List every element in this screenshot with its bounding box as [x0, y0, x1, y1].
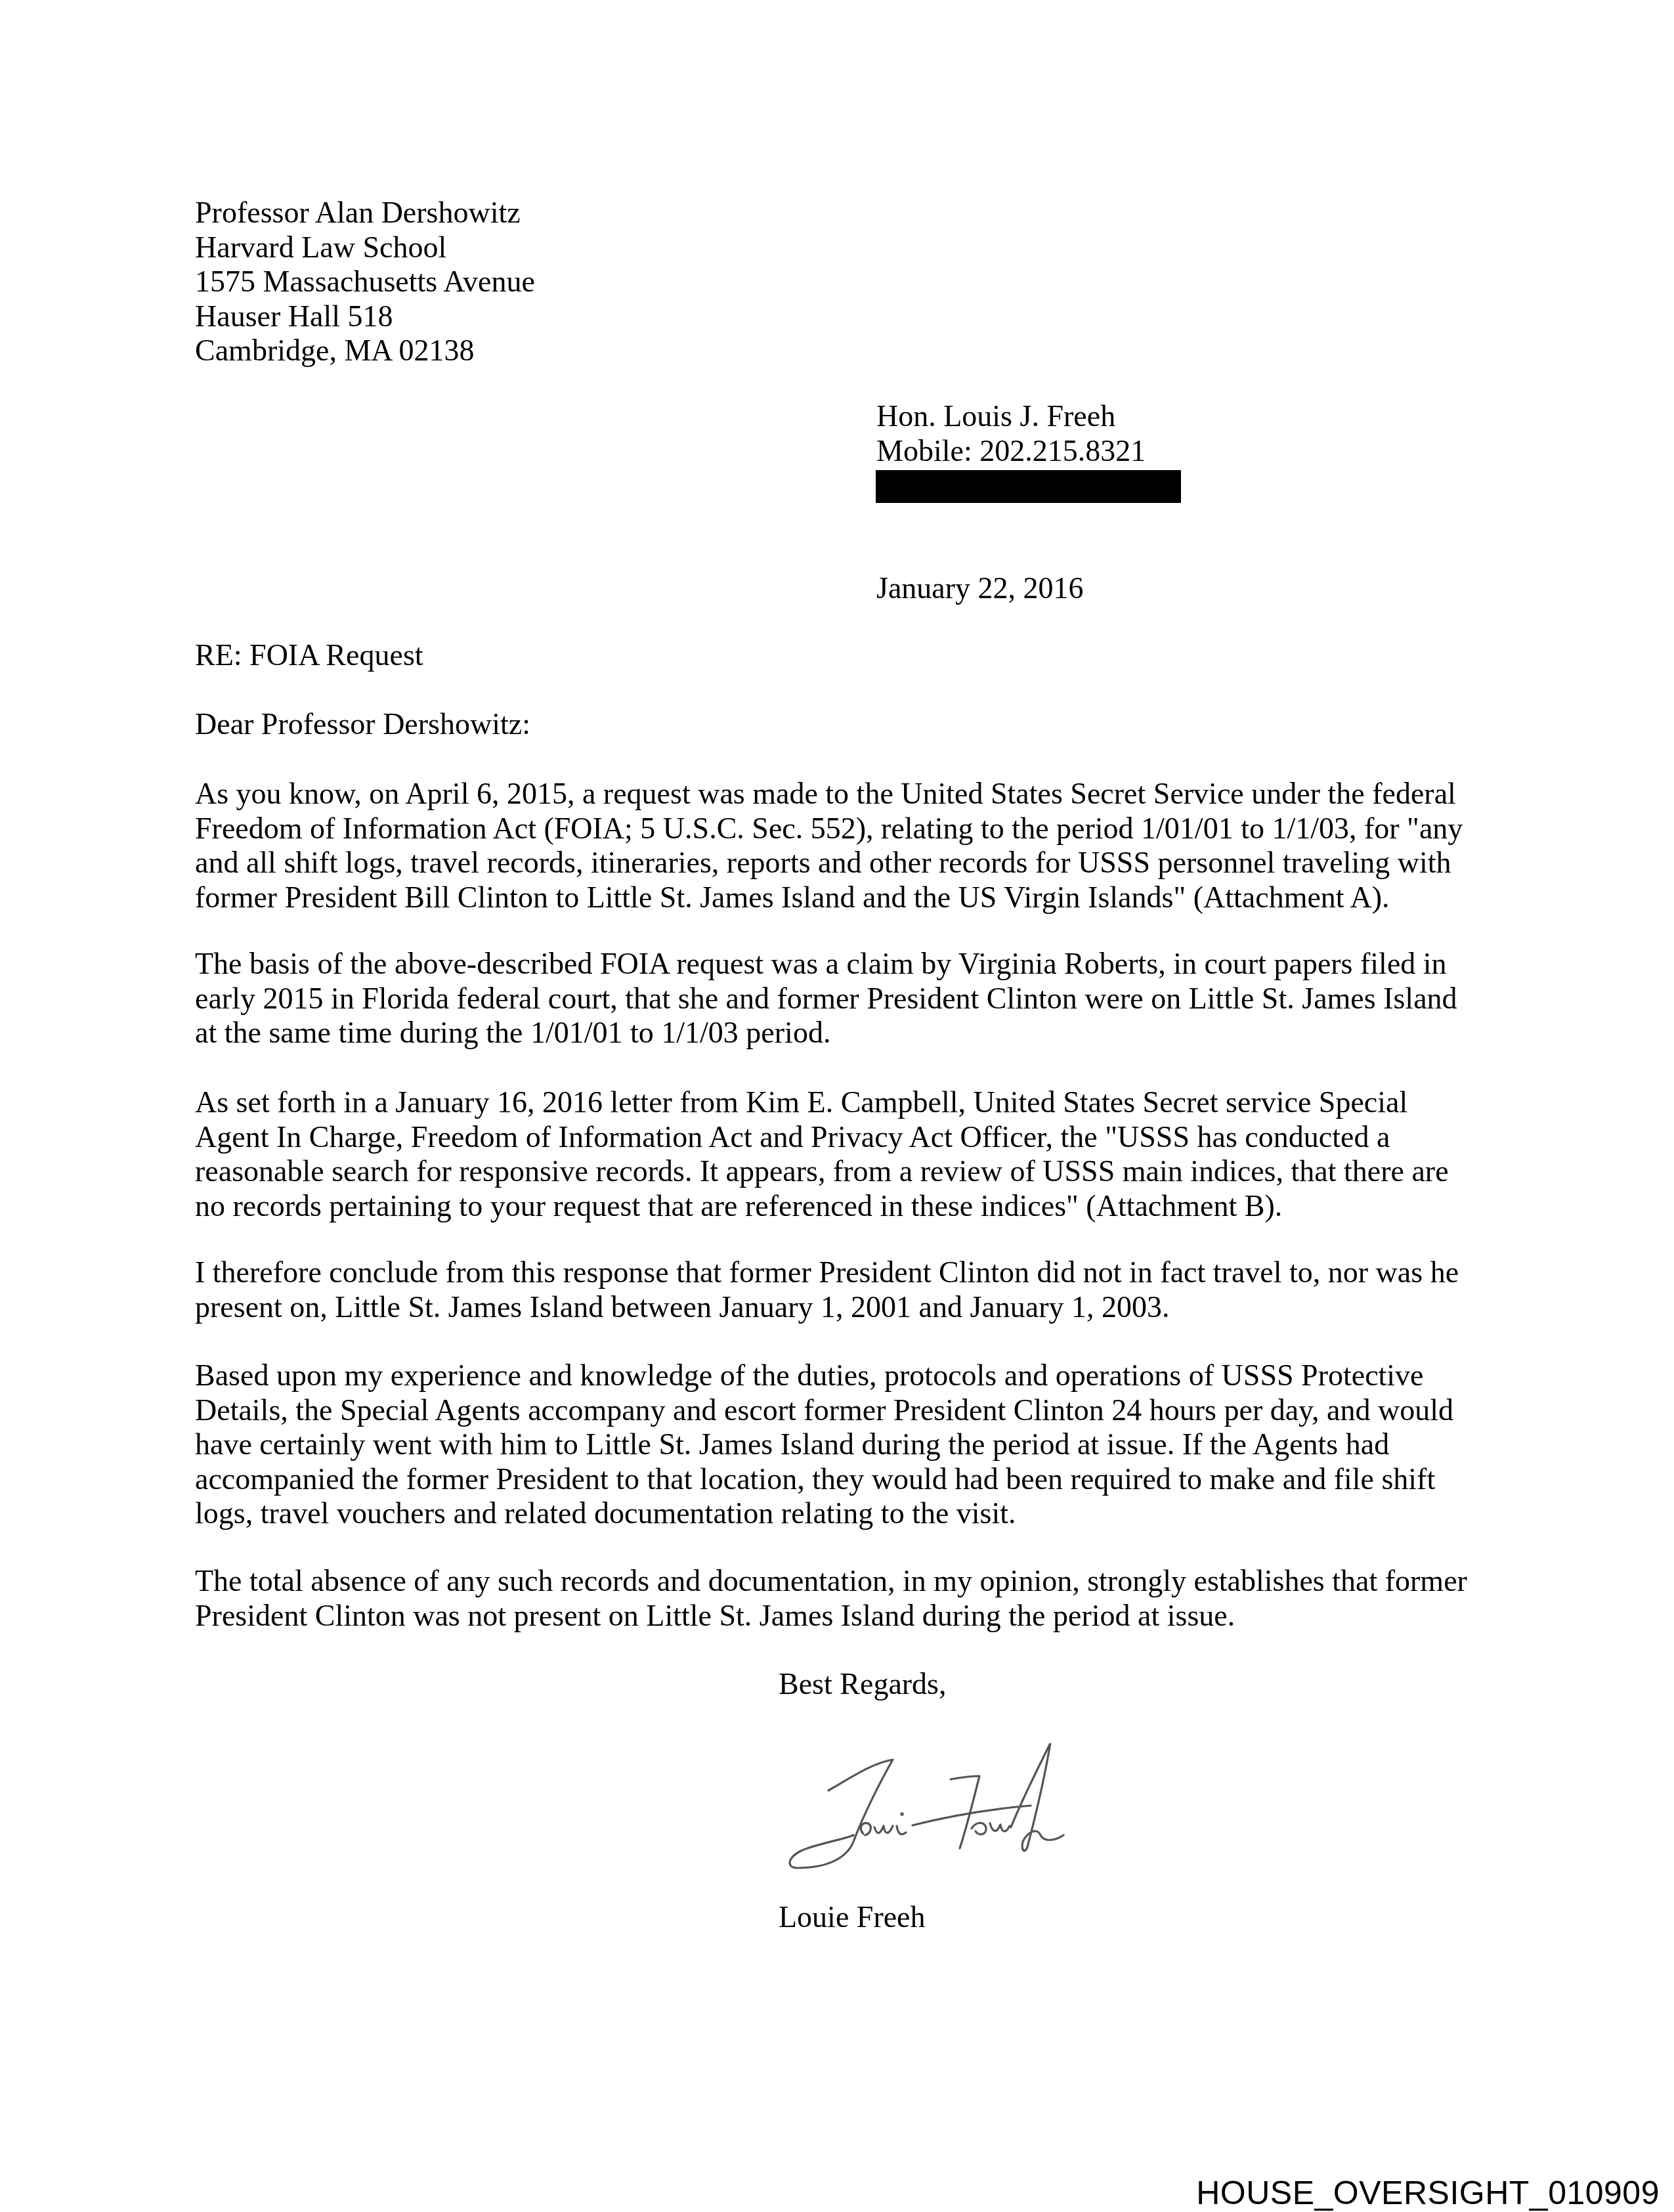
- letter-page: Professor Alan Dershowitz Harvard Law Sc…: [0, 0, 1674, 2212]
- redaction-bar: [876, 470, 1181, 503]
- paragraph-line: President Clinton was not present on Lit…: [195, 1599, 1482, 1634]
- paragraph-line: have certainly went with him to Little S…: [195, 1427, 1482, 1462]
- paragraph-line: Agent In Charge, Freedom of Information …: [195, 1120, 1482, 1155]
- salutation: Dear Professor Dershowitz:: [195, 707, 530, 742]
- recipient-street: 1575 Massachusetts Avenue: [195, 265, 535, 299]
- closing: Best Regards,: [779, 1667, 947, 1702]
- paragraph-line: reasonable search for responsive records…: [195, 1154, 1482, 1189]
- paragraph-line: present on, Little St. James Island betw…: [195, 1290, 1482, 1325]
- paragraph-basis: The basis of the above-described FOIA re…: [195, 947, 1482, 1051]
- paragraph-experience: Based upon my experience and knowledge o…: [195, 1358, 1482, 1531]
- sender-block: Hon. Louis J. Freeh Mobile: 202.215.8321: [876, 399, 1146, 468]
- recipient-organization: Harvard Law School: [195, 230, 535, 265]
- recipient-room: Hauser Hall 518: [195, 299, 535, 334]
- recipient-city: Cambridge, MA 02138: [195, 334, 535, 368]
- sender-name: Hon. Louis J. Freeh: [876, 399, 1146, 434]
- signer-name: Louie Freeh: [779, 1900, 926, 1935]
- paragraph-line: Details, the Special Agents accompany an…: [195, 1393, 1482, 1428]
- bates-number: HOUSE_OVERSIGHT_010909: [1196, 2175, 1660, 2211]
- paragraph-line: As set forth in a January 16, 2016 lette…: [195, 1085, 1482, 1120]
- paragraph-line: Based upon my experience and knowledge o…: [195, 1358, 1482, 1393]
- paragraph-line: As you know, on April 6, 2015, a request…: [195, 777, 1482, 812]
- paragraph-usss-response: As set forth in a January 16, 2016 lette…: [195, 1085, 1482, 1223]
- paragraph-line: Freedom of Information Act (FOIA; 5 U.S.…: [195, 812, 1482, 846]
- paragraph-line: former President Bill Clinton to Little …: [195, 880, 1482, 915]
- recipient-name: Professor Alan Dershowitz: [195, 196, 535, 230]
- paragraph-line: The total absence of any such records an…: [195, 1564, 1482, 1599]
- recipient-address: Professor Alan Dershowitz Harvard Law Sc…: [195, 196, 535, 368]
- paragraph-line: at the same time during the 1/01/01 to 1…: [195, 1016, 1482, 1051]
- paragraph-line: The basis of the above-described FOIA re…: [195, 947, 1482, 982]
- paragraph-foia-request: As you know, on April 6, 2015, a request…: [195, 777, 1482, 915]
- letter-date: January 22, 2016: [876, 571, 1084, 606]
- paragraph-line: accompanied the former President to that…: [195, 1462, 1482, 1497]
- paragraph-line: early 2015 in Florida federal court, tha…: [195, 982, 1482, 1016]
- paragraph-conclusion: I therefore conclude from this response …: [195, 1255, 1482, 1324]
- paragraph-line: and all shift logs, travel records, itin…: [195, 846, 1482, 880]
- sender-mobile: Mobile: 202.215.8321: [876, 434, 1146, 469]
- paragraph-line: I therefore conclude from this response …: [195, 1255, 1482, 1290]
- paragraph-line: logs, travel vouchers and related docume…: [195, 1496, 1482, 1531]
- handwritten-signature-icon: [781, 1743, 1162, 1881]
- paragraph-line: no records pertaining to your request th…: [195, 1189, 1482, 1224]
- subject-line: RE: FOIA Request: [195, 638, 423, 673]
- paragraph-final-opinion: The total absence of any such records an…: [195, 1564, 1482, 1633]
